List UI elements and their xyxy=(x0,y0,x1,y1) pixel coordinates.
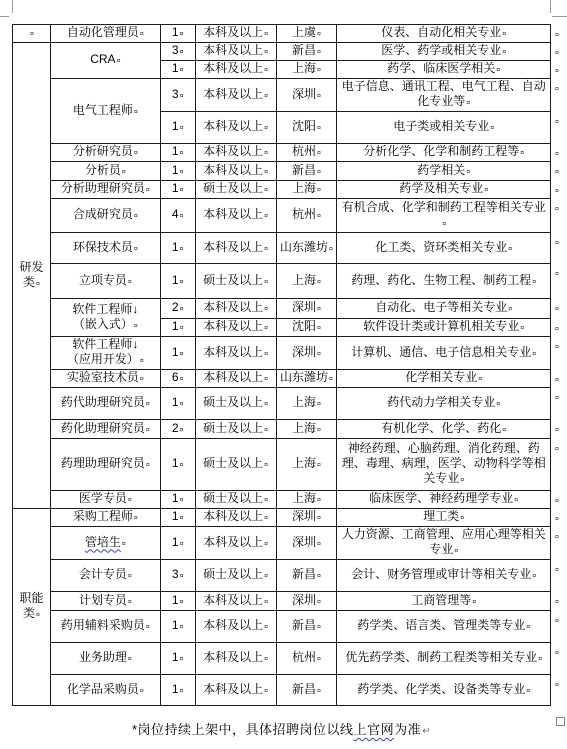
cell-end-mark: ¤ xyxy=(532,279,536,286)
cell-end-mark: ¤ xyxy=(264,688,268,695)
cell-position-text: 分析员 xyxy=(85,163,121,177)
row-end-mark-cell: ¤ xyxy=(550,491,566,509)
cell-location: 上海¤ xyxy=(276,388,337,420)
cell-location-text: 深圳 xyxy=(292,535,316,549)
cell-position: 化学品采购员¤ xyxy=(50,675,160,706)
cell-end-mark: ¤ xyxy=(317,688,321,695)
cell-education: 本科及以上¤ xyxy=(195,675,276,706)
cell-end-mark: ¤ xyxy=(180,497,184,504)
cell-category: ¤ xyxy=(13,25,51,43)
cell-end-mark: ¤ xyxy=(180,169,184,176)
cell-position: 自动化管理员¤ xyxy=(50,25,160,43)
cell-end-mark: ¤ xyxy=(180,401,184,408)
square-anchor-mark xyxy=(556,717,565,726)
cell-position: 分析研究员¤ xyxy=(50,144,160,162)
cell-count-text: 1 xyxy=(172,25,179,39)
cell-end-mark: ¤ xyxy=(140,358,144,365)
cell-end-mark: ¤ xyxy=(180,688,184,695)
footer-text-post: 为准 xyxy=(394,722,421,737)
cell-education: 本科及以上¤ xyxy=(195,43,276,61)
cell-major-text: 计算机、通信、电子信息相关专业 xyxy=(351,345,531,359)
cell-count-text: 6 xyxy=(172,370,179,384)
cell-end-mark: ¤ xyxy=(36,281,40,288)
cell-end-mark: ¤ xyxy=(264,49,268,56)
cell-count: 3¤ xyxy=(160,79,195,112)
cell-end-mark: ¤ xyxy=(180,49,184,56)
cell-end-mark: ¤ xyxy=(317,497,321,504)
cell-count: 1¤ xyxy=(160,675,195,706)
cell-end-mark: ¤ xyxy=(180,246,184,253)
row-end-mark-cell: ¤ xyxy=(550,25,566,43)
cell-end-mark: ¤ xyxy=(180,325,184,332)
cell-position-text: 药用辅料采购员 xyxy=(61,618,145,632)
cell-end-mark: ¤ xyxy=(317,462,321,469)
cell-count-text: 1 xyxy=(172,319,179,333)
row-end-mark: ¤ xyxy=(555,151,559,158)
cell-education: 本科及以上¤ xyxy=(195,592,276,611)
table-row: 职能类¤采购工程师¤1¤本科及以上¤深圳¤理工类¤¤ xyxy=(13,509,567,527)
cell-major: 计算机、通信、电子信息相关专业¤ xyxy=(337,337,551,370)
cell-education-text: 硕士及以上 xyxy=(203,395,263,409)
cell-education: 硕士及以上¤ xyxy=(195,491,276,509)
cell-end-mark: ¤ xyxy=(264,656,268,663)
cell-end-mark: ¤ xyxy=(532,573,536,580)
cell-major: 医学、药学或相关专业¤ xyxy=(337,43,551,61)
cell-end-mark: ¤ xyxy=(180,656,184,663)
cell-major: 药学相关¤ xyxy=(337,162,551,181)
cell-end-mark: ¤ xyxy=(264,376,268,383)
cell-end-mark: ¤ xyxy=(520,150,524,157)
cell-end-mark: ¤ xyxy=(128,573,132,580)
cell-position: 采购工程师¤ xyxy=(50,509,160,527)
row-end-mark-cell: ¤ xyxy=(550,61,566,79)
cell-count: 3¤ xyxy=(160,43,195,61)
cell-position-text: 药代助理研究员 xyxy=(61,395,145,409)
cell-end-mark: ¤ xyxy=(36,612,40,619)
cell-major: 软件设计类或计算机相关专业¤ xyxy=(337,319,551,337)
paragraph-end-mark: ↵ xyxy=(422,726,431,737)
cell-count: 1¤ xyxy=(160,592,195,611)
cell-end-mark: ¤ xyxy=(317,93,321,100)
cell-position-text: 计划专员 xyxy=(79,593,127,607)
cell-end-mark: ¤ xyxy=(317,125,321,132)
cell-major-text: 神经药理、心脑药理、消化药理、药理、毒理、病理，医学、动物科学等相关专业 xyxy=(342,441,546,485)
row-end-mark-cell: ¤ xyxy=(550,509,566,527)
cell-position: 软件工程师↓ （嵌入式）¤ xyxy=(50,299,160,337)
cell-end-mark: ¤ xyxy=(264,573,268,580)
row-end-mark-cell: ¤ xyxy=(550,181,566,199)
footer-text-wavy-underlined: 上官网 xyxy=(354,722,395,737)
table-row: 药化助理研究员¤2¤硕士及以上¤上海¤有机化学、化学、药化¤¤ xyxy=(13,420,567,439)
cell-end-mark: ¤ xyxy=(264,401,268,408)
cell-end-mark: ¤ xyxy=(317,306,321,313)
row-end-mark: ¤ xyxy=(555,446,559,453)
cell-end-mark: ¤ xyxy=(264,279,268,286)
cell-position: 管培生¤ xyxy=(50,527,160,560)
table-row: 药用辅料采购员¤1¤本科及以上¤新昌¤药学类、语言类、管理类等专业¤¤ xyxy=(13,611,567,643)
row-end-mark: ¤ xyxy=(555,119,559,126)
table-row: 医学专员¤1¤硕士及以上¤上海¤临床医学、神经药理学专业¤¤ xyxy=(13,491,567,509)
cell-major-text: 优先药学类、制药工程类等相关专业 xyxy=(345,650,537,664)
cell-end-mark: ¤ xyxy=(264,599,268,606)
cell-end-mark: ¤ xyxy=(264,31,268,38)
cell-position: 药代助理研究员¤ xyxy=(50,388,160,420)
cell-location: 山东潍坊¤ xyxy=(276,233,337,264)
table-row: 研发类¤CRA¤3¤本科及以上¤新昌¤医学、药学或相关专业¤¤ xyxy=(13,43,567,61)
cell-location-text: 山东潍坊 xyxy=(280,370,328,384)
cell-position-text: 自动化管理员 xyxy=(67,25,139,39)
cell-end-mark: ¤ xyxy=(180,67,184,74)
cell-count: 6¤ xyxy=(160,370,195,388)
cell-position-text: CRA xyxy=(90,52,115,66)
cell-end-mark: ¤ xyxy=(508,246,512,253)
cell-position: 立项专员¤ xyxy=(50,264,160,299)
cell-major-text: 药学、临床医学相关 xyxy=(387,61,495,75)
cell-major: 人力资源、工商管理、应用心理等相关专业¤ xyxy=(337,527,551,560)
cell-end-mark: ¤ xyxy=(454,548,458,555)
cell-count: 1¤ xyxy=(160,491,195,509)
cell-end-mark: ¤ xyxy=(146,624,150,631)
row-end-mark-cell: ¤ xyxy=(550,337,566,370)
cell-location: 沈阳¤ xyxy=(276,319,337,337)
cell-major-text: 工商管理等 xyxy=(411,593,471,607)
cell-education: 本科及以上¤ xyxy=(195,112,276,144)
cell-education-text: 硕士及以上 xyxy=(203,567,263,581)
cell-end-mark: ¤ xyxy=(146,427,150,434)
row-end-mark-cell: ¤ xyxy=(550,199,566,233)
cell-end-mark: ¤ xyxy=(134,213,138,220)
cell-education-text: 本科及以上 xyxy=(203,650,263,664)
cell-count: 1¤ xyxy=(160,319,195,337)
cell-position: 药化助理研究员¤ xyxy=(50,420,160,439)
cell-end-mark: ¤ xyxy=(264,169,268,176)
cell-count-text: 1 xyxy=(172,456,179,470)
cell-count-text: 1 xyxy=(172,345,179,359)
cell-major: 理工类¤ xyxy=(337,509,551,527)
cell-end-mark: ¤ xyxy=(180,573,184,580)
row-end-mark: ¤ xyxy=(555,599,559,606)
cell-education: 硕士及以上¤ xyxy=(195,420,276,439)
cell-end-mark: ¤ xyxy=(140,31,144,38)
cell-education-text: 本科及以上 xyxy=(203,240,263,254)
cell-location-text: 新昌 xyxy=(292,682,316,696)
cell-position-text: 合成研究员 xyxy=(73,207,133,221)
cell-position: 合成研究员¤ xyxy=(50,199,160,233)
cell-count-text: 1 xyxy=(172,682,179,696)
cell-end-mark: ¤ xyxy=(146,187,150,194)
cell-location: 上海¤ xyxy=(276,420,337,439)
cell-major-text: 电子类或相关专业 xyxy=(393,119,489,133)
cell-position: 医学专员¤ xyxy=(50,491,160,509)
cell-major-text: 自动化、电子等相关专业 xyxy=(375,300,507,314)
cell-end-mark: ¤ xyxy=(484,187,488,194)
cell-education-text: 本科及以上 xyxy=(203,682,263,696)
cell-count: 1¤ xyxy=(160,337,195,370)
cell-end-mark: ¤ xyxy=(140,376,144,383)
cell-major-text: 化工类、资环类相关专业 xyxy=(375,240,507,254)
row-end-mark: ¤ xyxy=(555,377,559,384)
cell-end-mark: ¤ xyxy=(128,279,132,286)
cell-education-text: 本科及以上 xyxy=(203,87,263,101)
cell-position: 分析员¤ xyxy=(50,162,160,181)
cell-end-mark: ¤ xyxy=(264,187,268,194)
cell-position-text: 药理助理研究员 xyxy=(61,456,145,470)
cell-location: 新昌¤ xyxy=(276,611,337,643)
cell-end-mark: ¤ xyxy=(460,515,464,522)
cell-location: 深圳¤ xyxy=(276,299,337,319)
cell-location-text: 深圳 xyxy=(292,300,316,314)
cell-position: 会计专员¤ xyxy=(50,560,160,592)
row-end-mark: ¤ xyxy=(555,427,559,434)
row-end-mark: ¤ xyxy=(555,650,559,657)
row-end-mark: ¤ xyxy=(555,86,559,93)
cell-education: 本科及以上¤ xyxy=(195,299,276,319)
cell-end-mark: ¤ xyxy=(317,599,321,606)
cell-education: 本科及以上¤ xyxy=(195,370,276,388)
cell-major-text: 理工类 xyxy=(423,509,459,523)
cell-end-mark: ¤ xyxy=(264,67,268,74)
cell-major-text: 软件设计类或计算机相关专业 xyxy=(363,319,519,333)
cell-count: 1¤ xyxy=(160,162,195,181)
cell-location: 新昌¤ xyxy=(276,43,337,61)
cell-end-mark: ¤ xyxy=(317,515,321,522)
cell-end-mark: ¤ xyxy=(180,624,184,631)
cell-education-text: 本科及以上 xyxy=(203,61,263,75)
row-end-mark: ¤ xyxy=(555,240,559,247)
margin-crop-mark-top-left-vertical xyxy=(12,0,13,13)
cell-end-mark: ¤ xyxy=(264,427,268,434)
cell-end-mark: ¤ xyxy=(264,150,268,157)
table-row: 计划专员¤1¤本科及以上¤深圳¤工商管理等¤¤ xyxy=(13,592,567,611)
cell-education: 本科及以上¤ xyxy=(195,162,276,181)
cell-end-mark: ¤ xyxy=(514,497,518,504)
cell-end-mark: ¤ xyxy=(496,401,500,408)
cell-major: 化工类、资环类相关专业¤ xyxy=(337,233,551,264)
cell-major: 分析化学、化学和制药工程等¤ xyxy=(337,144,551,162)
cell-location-text: 上海 xyxy=(292,456,316,470)
cell-end-mark: ¤ xyxy=(264,462,268,469)
cell-education-text: 本科及以上 xyxy=(203,535,263,549)
cell-position-text: 业务助理 xyxy=(79,650,127,664)
cell-education: 本科及以上¤ xyxy=(195,233,276,264)
cell-end-mark: ¤ xyxy=(317,31,321,38)
cell-education: 硕士及以上¤ xyxy=(195,181,276,199)
cell-end-mark: ¤ xyxy=(128,599,132,606)
cell-end-mark: ¤ xyxy=(30,31,34,38)
cell-end-mark: ¤ xyxy=(264,515,268,522)
cell-end-mark: ¤ xyxy=(264,213,268,220)
row-end-mark-cell: ¤ xyxy=(550,43,566,61)
cell-major: 有机合成、化学和制药工程等相关专业¤ xyxy=(337,199,551,233)
cell-end-mark: ¤ xyxy=(180,427,184,434)
cell-education-text: 硕士及以上 xyxy=(203,181,263,195)
cell-end-mark: ¤ xyxy=(264,541,268,548)
cell-location: 杭州¤ xyxy=(276,643,337,675)
table-row: 环保技术员¤1¤本科及以上¤山东潍坊¤化工类、资环类相关专业¤¤ xyxy=(13,233,567,264)
cell-end-mark: ¤ xyxy=(146,401,150,408)
cell-location-text: 杭州 xyxy=(292,650,316,664)
cell-end-mark: ¤ xyxy=(502,49,506,56)
margin-crop-mark-top-right-vertical xyxy=(550,0,551,13)
cell-end-mark: ¤ xyxy=(317,325,321,332)
cell-position: 计划专员¤ xyxy=(50,592,160,611)
cell-end-mark: ¤ xyxy=(472,599,476,606)
cell-count-text: 2 xyxy=(172,421,179,435)
cell-end-mark: ¤ xyxy=(117,58,121,65)
cell-major-text: 药代动力学相关专业 xyxy=(387,395,495,409)
cell-major-text: 药学及相关专业 xyxy=(399,181,483,195)
cell-count-text: 1 xyxy=(172,491,179,505)
cell-count-text: 1 xyxy=(172,395,179,409)
cell-category: 职能类¤ xyxy=(13,509,51,706)
cell-major-text: 药理、药化、生物工程、制药工程 xyxy=(351,273,531,287)
cell-end-mark: ¤ xyxy=(526,624,530,631)
cell-position-text: 分析助理研究员 xyxy=(61,181,145,195)
cell-education-text: 本科及以上 xyxy=(203,593,263,607)
cell-major: 临床医学、神经药理学专业¤ xyxy=(337,491,551,509)
cell-position-text: 实验室技术员 xyxy=(67,370,139,384)
cell-position: 药理助理研究员¤ xyxy=(50,439,160,491)
cell-count: 1¤ xyxy=(160,144,195,162)
cell-position: CRA¤ xyxy=(50,43,160,79)
table-row: 药代助理研究员¤1¤硕士及以上¤上海¤药代动力学相关专业¤¤ xyxy=(13,388,567,420)
cell-education-text: 本科及以上 xyxy=(203,207,263,221)
cell-count-text: 1 xyxy=(172,181,179,195)
cell-end-mark: ¤ xyxy=(264,351,268,358)
footer-text-pre: *岗位持续上架中，具体招聘岗位以线 xyxy=(132,722,354,737)
cell-location: 新昌¤ xyxy=(276,675,337,706)
cell-major: 会计、财务管理或审计等相关专业¤ xyxy=(337,560,551,592)
cell-end-mark: ¤ xyxy=(180,187,184,194)
cell-major-text: 有机合成、化学和制药工程等相关专业 xyxy=(342,200,546,214)
row-end-mark: ¤ xyxy=(555,188,559,195)
cell-end-mark: ¤ xyxy=(180,541,184,548)
cell-position-text: 化学品采购员 xyxy=(67,682,139,696)
cell-location: 山东潍坊¤ xyxy=(276,370,337,388)
cell-education: 本科及以上¤ xyxy=(195,527,276,560)
cell-count: 1¤ xyxy=(160,509,195,527)
table-row: 药理助理研究员¤1¤硕士及以上¤上海¤神经药理、心脑药理、消化药理、药理、毒理、… xyxy=(13,439,567,491)
cell-major: 药学类、语言类、管理类等专业¤ xyxy=(337,611,551,643)
table-row: 电气工程师¤3¤本科及以上¤深圳¤电子信息、通讯工程、电气工程、自动化专业等¤¤ xyxy=(13,79,567,112)
table-row: 分析研究员¤1¤本科及以上¤杭州¤分析化学、化学和制药工程等¤¤ xyxy=(13,144,567,162)
cell-end-mark: ¤ xyxy=(122,541,126,548)
cell-location-text: 新昌 xyxy=(292,163,316,177)
cell-major-text: 有机化学、化学、药化 xyxy=(381,421,501,435)
cell-count-text: 1 xyxy=(172,509,179,523)
cell-count: 3¤ xyxy=(160,560,195,592)
row-end-mark-cell: ¤ xyxy=(550,319,566,337)
row-end-mark: ¤ xyxy=(555,498,559,505)
cell-end-mark: ¤ xyxy=(134,109,138,116)
cell-education-text: 本科及以上 xyxy=(203,43,263,57)
cell-end-mark: ¤ xyxy=(460,477,464,484)
cell-location-text: 上海 xyxy=(292,61,316,75)
cell-end-mark: ¤ xyxy=(180,599,184,606)
cell-end-mark: ¤ xyxy=(180,213,184,220)
cell-end-mark: ¤ xyxy=(122,169,126,176)
cell-education: 本科及以上¤ xyxy=(195,79,276,112)
cell-end-mark: ¤ xyxy=(317,624,321,631)
cell-location-text: 新昌 xyxy=(292,618,316,632)
cell-end-mark: ¤ xyxy=(478,376,482,383)
cell-location: 深圳¤ xyxy=(276,527,337,560)
cell-major: 药学及相关专业¤ xyxy=(337,181,551,199)
cell-count: 1¤ xyxy=(160,264,195,299)
cell-position: 业务助理¤ xyxy=(50,643,160,675)
cell-position-text: 软件工程师↓ （应用开发） xyxy=(67,337,139,366)
cell-major: 药代动力学相关专业¤ xyxy=(337,388,551,420)
cell-major: 药理、药化、生物工程、制药工程¤ xyxy=(337,264,551,299)
cell-education-text: 本科及以上 xyxy=(203,370,263,384)
cell-education-text: 硕士及以上 xyxy=(203,421,263,435)
cell-location-text: 上海 xyxy=(292,273,316,287)
cell-major-text: 仪表、自动化相关专业 xyxy=(381,25,501,39)
cell-end-mark: ¤ xyxy=(264,306,268,313)
cell-count-text: 1 xyxy=(172,119,179,133)
cell-location-text: 深圳 xyxy=(292,593,316,607)
cell-major: 电子信息、通讯工程、电气工程、自动化专业等¤ xyxy=(337,79,551,112)
cell-end-mark: ¤ xyxy=(466,169,470,176)
cell-education: 本科及以上¤ xyxy=(195,509,276,527)
table-row: 会计专员¤3¤硕士及以上¤新昌¤会计、财务管理或审计等相关专业¤¤ xyxy=(13,560,567,592)
cell-end-mark: ¤ xyxy=(264,93,268,100)
cell-education-text: 本科及以上 xyxy=(203,618,263,632)
cell-end-mark: ¤ xyxy=(317,49,321,56)
cell-major: 药学、临床医学相关¤ xyxy=(337,61,551,79)
cell-location: 沈阳¤ xyxy=(276,112,337,144)
cell-end-mark: ¤ xyxy=(317,213,321,220)
cell-education-text: 硕士及以上 xyxy=(203,491,263,505)
cell-major: 化学相关专业¤ xyxy=(337,370,551,388)
job-table-body: ¤自动化管理员¤1¤本科及以上¤上虞¤仪表、自动化相关专业¤¤研发类¤CRA¤3… xyxy=(13,25,567,706)
row-end-mark: ¤ xyxy=(555,534,559,541)
cell-end-mark: ¤ xyxy=(264,325,268,332)
cell-category: 研发类¤ xyxy=(13,43,51,509)
cell-end-mark: ¤ xyxy=(532,351,536,358)
cell-location-text: 沈阳 xyxy=(292,319,316,333)
cell-position: 软件工程师↓ （应用开发）¤ xyxy=(50,337,160,370)
cell-end-mark: ¤ xyxy=(128,656,132,663)
cell-major-text: 药学类、语言类、管理类等专业 xyxy=(357,618,525,632)
cell-count: 1¤ xyxy=(160,527,195,560)
cell-count-text: 4 xyxy=(172,207,179,221)
cell-major: 工商管理等¤ xyxy=(337,592,551,611)
cell-location: 上海¤ xyxy=(276,61,337,79)
cell-end-mark: ¤ xyxy=(329,246,333,253)
cell-count-text: 1 xyxy=(172,618,179,632)
cell-end-mark: ¤ xyxy=(317,279,321,286)
cell-position-text: 立项专员 xyxy=(79,273,127,287)
cell-end-mark: ¤ xyxy=(317,401,321,408)
cell-location: 上海¤ xyxy=(276,264,337,299)
row-end-mark: ¤ xyxy=(555,50,559,57)
cell-major: 自动化、电子等相关专业¤ xyxy=(337,299,551,319)
cell-education-text: 本科及以上 xyxy=(203,319,263,333)
job-table: ¤自动化管理员¤1¤本科及以上¤上虞¤仪表、自动化相关专业¤¤研发类¤CRA¤3… xyxy=(12,24,567,706)
cell-end-mark: ¤ xyxy=(317,541,321,548)
cell-location: 深圳¤ xyxy=(276,592,337,611)
margin-crop-mark-top-left-horizontal xyxy=(0,16,9,17)
table-row: 管培生¤1¤本科及以上¤深圳¤人力资源、工商管理、应用心理等相关专业¤¤ xyxy=(13,527,567,560)
cell-location-text: 上海 xyxy=(292,181,316,195)
cell-location: 深圳¤ xyxy=(276,509,337,527)
cell-position: 环保技术员¤ xyxy=(50,233,160,264)
cell-end-mark: ¤ xyxy=(180,306,184,313)
cell-major-text: 药学类、化学类、设备类等专业 xyxy=(357,682,525,696)
cell-major: 有机化学、化学、药化¤ xyxy=(337,420,551,439)
cell-location: 上海¤ xyxy=(276,439,337,491)
